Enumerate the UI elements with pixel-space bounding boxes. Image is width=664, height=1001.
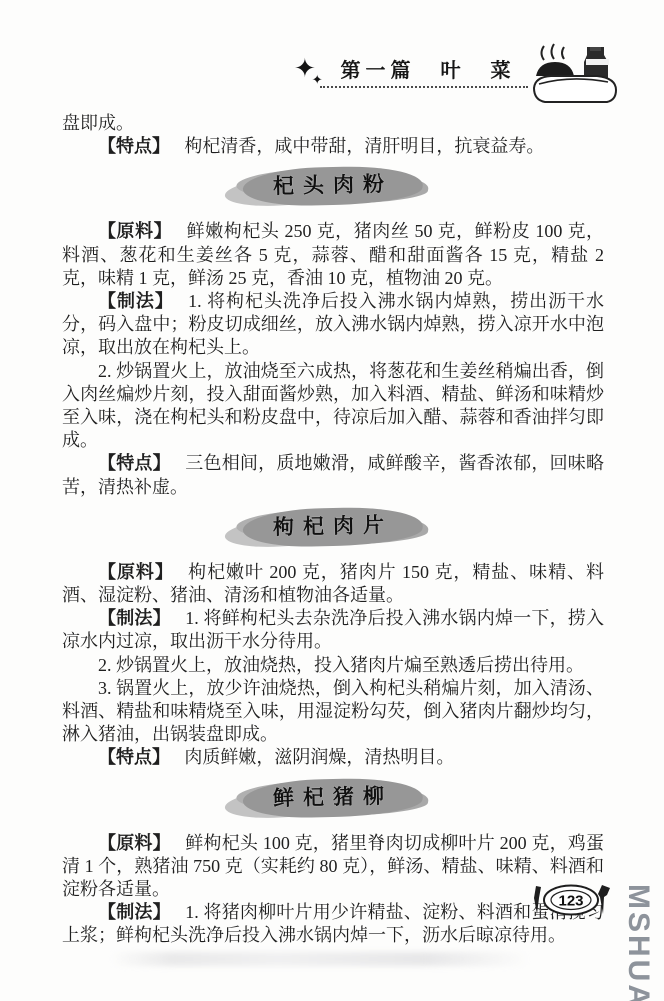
- paragraph: 2. 炒锅置火上，放油烧热，投入猪肉片煸至熟透后捞出待用。: [62, 654, 604, 677]
- paragraph: 【制法】1. 将枸杞头洗净后投入沸水锅内焯熟，捞出沥干水分，码入盘中；粉皮切成细…: [62, 290, 604, 360]
- section-label: 【特点】: [98, 747, 184, 767]
- paragraph: 【制法】1. 将鲜枸杞头去杂洗净后投入沸水锅内焯一下，捞入凉水内过凉，取出沥干水…: [62, 607, 604, 653]
- section-label: 【原料】: [98, 562, 188, 582]
- bleed-through-ghost: [110, 952, 530, 966]
- paragraph: 2. 炒锅置火上，放油烧至六成热，将葱花和生姜丝稍煸出香，倒入肉丝煸炒片刻，投入…: [62, 360, 604, 453]
- recipe-title-banner: 鲜杞猪柳: [243, 777, 424, 819]
- page-header: ✦✦ 第一篇 叶 菜: [0, 50, 664, 114]
- section-label: 【制法】: [98, 291, 188, 311]
- paragraph: 3. 锅置火上，放少许油烧热，倒入枸杞头稍煸片刻，加入清汤、料酒、精盐和味精烧至…: [62, 677, 604, 747]
- dotted-rule: [320, 86, 528, 88]
- recipe-title: 枸杞肉片: [62, 508, 604, 550]
- section-label: 【制法】: [98, 608, 185, 628]
- page-content: 盘即成。 【特点】枸杞清香，咸中带甜，清肝明目，抗衰益寿。 杞头肉粉 【原料】鲜…: [62, 112, 604, 948]
- recipe-title-banner: 枸杞肉片: [243, 506, 424, 548]
- chapter-title: 第一篇 叶 菜: [330, 54, 526, 83]
- paragraph: 【原料】鲜嫩枸杞头 250 克，猪肉丝 50 克，鲜粉皮 100 克，料酒、葱花…: [62, 220, 604, 290]
- page-number: 123: [558, 893, 583, 910]
- paragraph: 【特点】三色相间，质地嫩滑，咸鲜酸辛，酱香浓郁，回味略苦，清热补虚。: [62, 452, 604, 498]
- section-label: 【特点】: [98, 453, 185, 473]
- book-page: ✦✦ 第一篇 叶 菜 盘即成。 【特点】枸杞清香，咸中带甜，清肝明目，抗衰益寿。…: [0, 0, 664, 1001]
- paragraph: 【特点】枸杞清香，咸中带甜，清肝明目，抗衰益寿。: [62, 135, 604, 158]
- section-label: 【原料】: [98, 833, 185, 853]
- paragraph: 【原料】枸杞嫩叶 200 克，猪肉片 150 克，精盐、味精、料酒、湿淀粉、猪油…: [62, 561, 604, 607]
- paragraph: 【原料】鲜枸杞头 100 克，猪里脊肉切成柳叶片 200 克，鸡蛋清 1 个，熟…: [62, 832, 604, 902]
- paragraph: 【特点】肉质鲜嫩，滋阴润燥，清热明目。: [62, 746, 604, 769]
- sparkle-icon: ✦✦: [294, 56, 327, 82]
- paragraph: 盘即成。: [62, 112, 604, 135]
- paragraph: 【制法】1. 将猪肉柳叶片用少许精盐、淀粉、料酒和蛋清搅匀上浆；鲜枸杞头洗净后投…: [62, 901, 604, 947]
- plate-icon: 123: [528, 880, 614, 920]
- section-label: 【特点】: [98, 136, 184, 156]
- recipe-title: 鲜杞猪柳: [62, 779, 604, 821]
- recipe-title: 杞头肉粉: [62, 167, 604, 209]
- section-label: 【制法】: [98, 902, 185, 922]
- watermark: MSHUA: [618, 884, 658, 1001]
- section-label: 【原料】: [98, 221, 187, 241]
- recipe-title-banner: 杞头肉粉: [243, 166, 424, 208]
- steaming-dish-icon: [530, 42, 620, 106]
